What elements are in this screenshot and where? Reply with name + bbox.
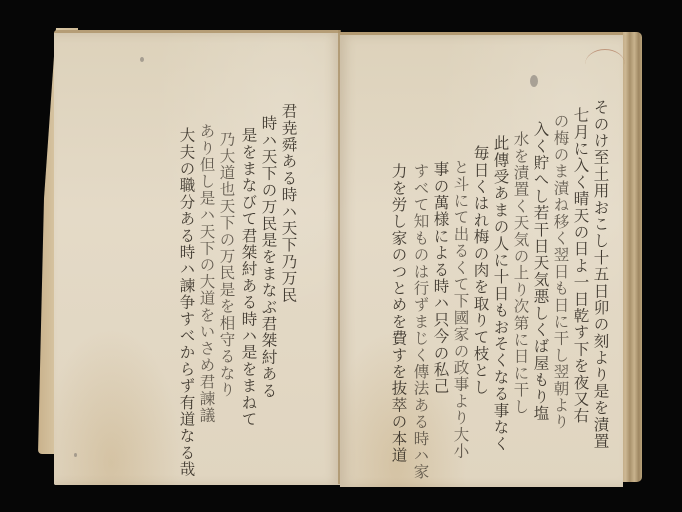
- ink-spot: [140, 57, 144, 62]
- text-column: 此傳受あまの人に十日もおそくなる事なく: [492, 135, 508, 452]
- text-column: 力を労し家のつとめを費すを抜萃の本道: [390, 163, 406, 464]
- text-column: 事の萬様による時ハ只今の私己: [432, 161, 448, 395]
- ink-spot: [74, 453, 77, 457]
- text-column: 時ハ天下の万民是をまなぶ君桀紂ある: [260, 115, 276, 399]
- photo-stage: 君尭舜ある時ハ天下乃万民 時ハ天下の万民是をまなぶ君桀紂ある 是をまなびて君桀紂…: [0, 0, 682, 512]
- text-column: 毎日くはれ梅の肉を取りて枝とし: [472, 145, 488, 396]
- text-column: 入く貯へし若干日天気悪しくば屋もり塩: [532, 121, 548, 422]
- text-column: 大夫の職分ある時ハ諫争すべからず有道なる哉: [178, 127, 194, 478]
- text-column: 是をまなびて君桀紂ある時ハ是をまねて: [240, 127, 256, 428]
- page-crease: [585, 49, 625, 80]
- text-column: 乃大道也天下の万民是を相守るなり: [218, 131, 234, 398]
- text-column: の梅のま漬ね移く翌日も日に干し翌朝より: [552, 113, 568, 430]
- right-page: そのけ至土用おこし十五日卯の刻より是を漬置 七月に入く晴天の日よ一日乾す下を夜又…: [340, 32, 623, 487]
- text-column: あり但し是ハ天下の大道をいさめ君諫議: [198, 123, 214, 424]
- text-column: すべて知ものは行ずまじく傳法ある時ハ家: [412, 163, 428, 480]
- text-column: 君尭舜ある時ハ天下乃万民: [280, 103, 296, 303]
- text-column: 水を漬置く天気の上り次第に日に干し: [512, 131, 528, 415]
- smudge: [530, 75, 538, 87]
- text-column: そのけ至土用おこし十五日卯の刻より是を漬置: [592, 99, 608, 450]
- book-right-page-stack: [620, 32, 642, 482]
- text-column: 七月に入く晴天の日よ一日乾す下を夜又右: [572, 107, 588, 424]
- text-column: と斗にて出るくて下國家の政事より大小: [452, 159, 468, 460]
- left-page: 君尭舜ある時ハ天下乃万民 時ハ天下の万民是をまなぶ君桀紂ある 是をまなびて君桀紂…: [54, 30, 340, 485]
